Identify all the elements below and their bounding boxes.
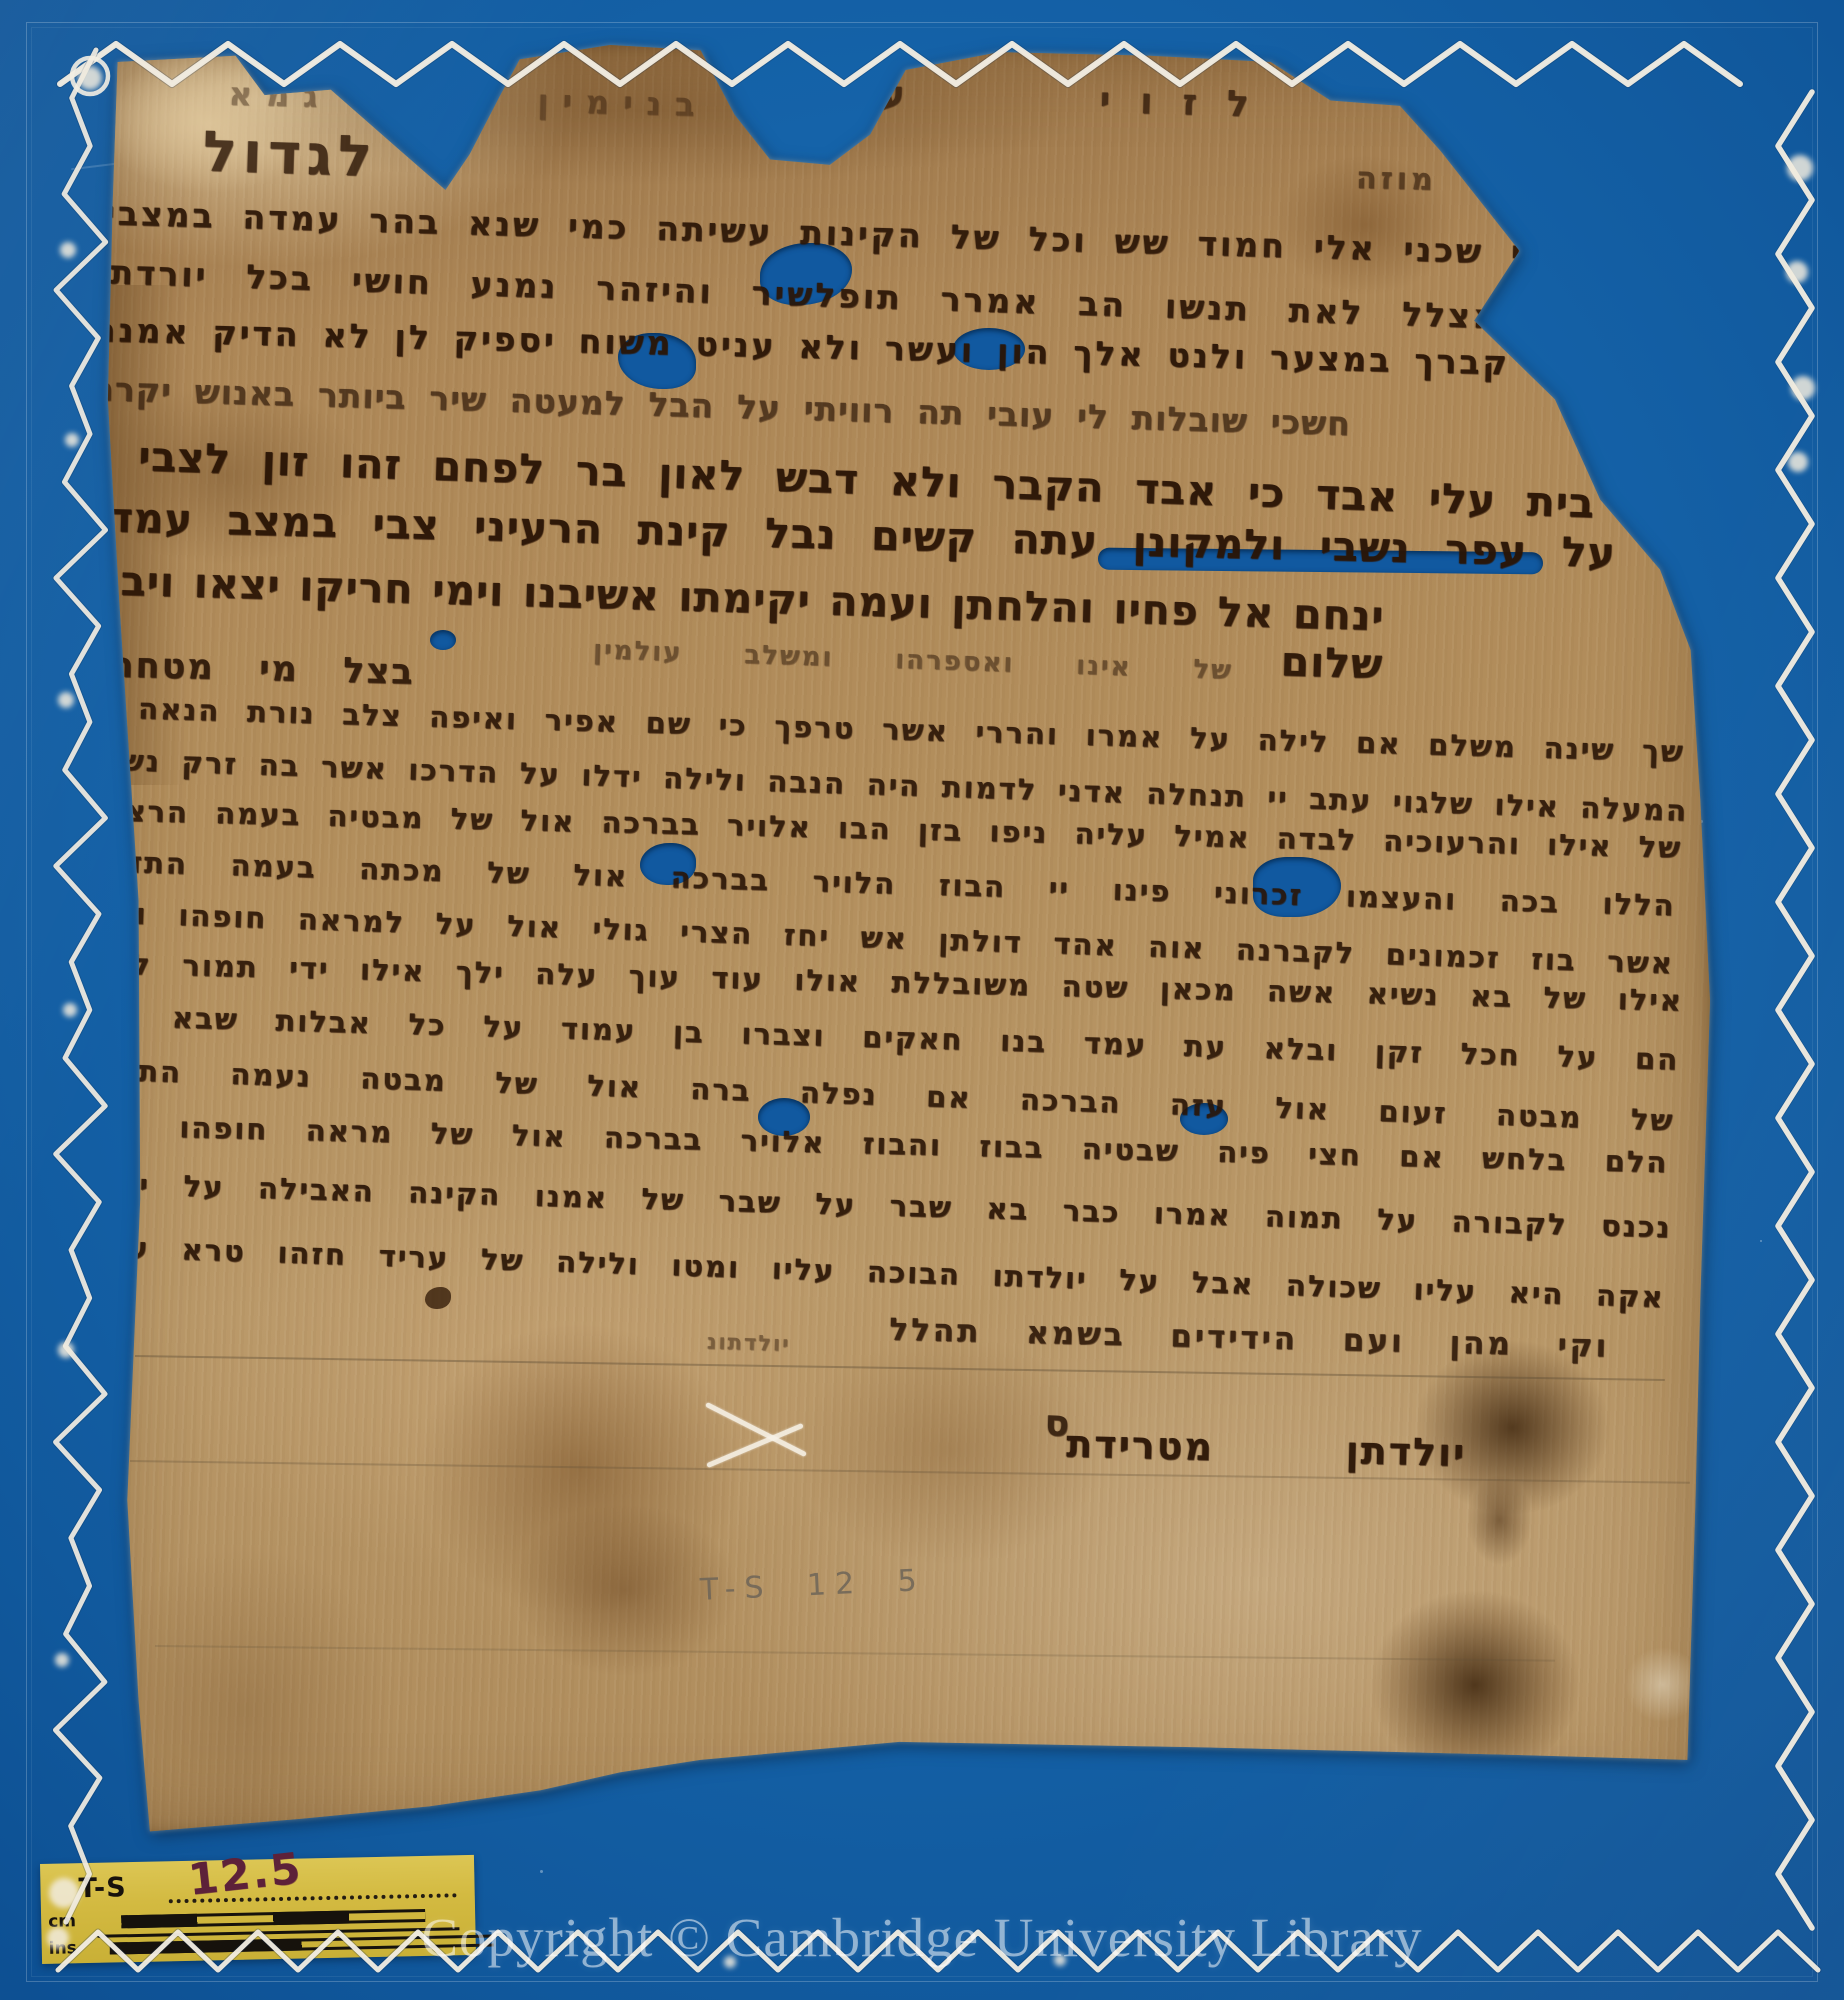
- manuscript-line: לזוי על: [828, 72, 1279, 127]
- copyright-watermark: Copyright © Cambridge University Library: [0, 1906, 1844, 1969]
- manuscript-line: וקי מהן ועם הידידים בשמא תהלל: [889, 1312, 1610, 1366]
- manuscript-line: מוזה: [1276, 159, 1437, 198]
- photo-stage: בנימין על גמאלזוי עללגדולמוזהלבן ישרי שכ…: [0, 0, 1844, 2000]
- label-collection-prefix: T-S: [78, 1872, 127, 1904]
- manuscript-line: חשכי שובלות לי עובי תה רוויתי על הבל למע…: [91, 370, 1352, 444]
- manuscript-line: נכנס לקבורה על תמוה אמרו כבר בא שבר על ש…: [67, 1166, 1672, 1245]
- manuscript-line: יולדתונ: [707, 1329, 791, 1356]
- manuscript-line: יולדתן מטרידת: [1066, 1422, 1467, 1476]
- manuscript-line: בצל מי מטחתן:: [79, 645, 415, 694]
- manuscript-line: לגדול: [97, 116, 379, 191]
- dust-speck: [1760, 1240, 1762, 1242]
- manuscript-line: בנימין על גמא: [228, 76, 709, 125]
- manuscript-line: אקה היא עליו שכולה אבל על יולדתו הבוכה ע…: [65, 1229, 1665, 1315]
- dust-speck: [540, 1870, 543, 1873]
- manuscript-text-layer: בנימין על גמאלזוי עללגדולמוזהלבן ישרי שכ…: [45, 44, 1709, 1878]
